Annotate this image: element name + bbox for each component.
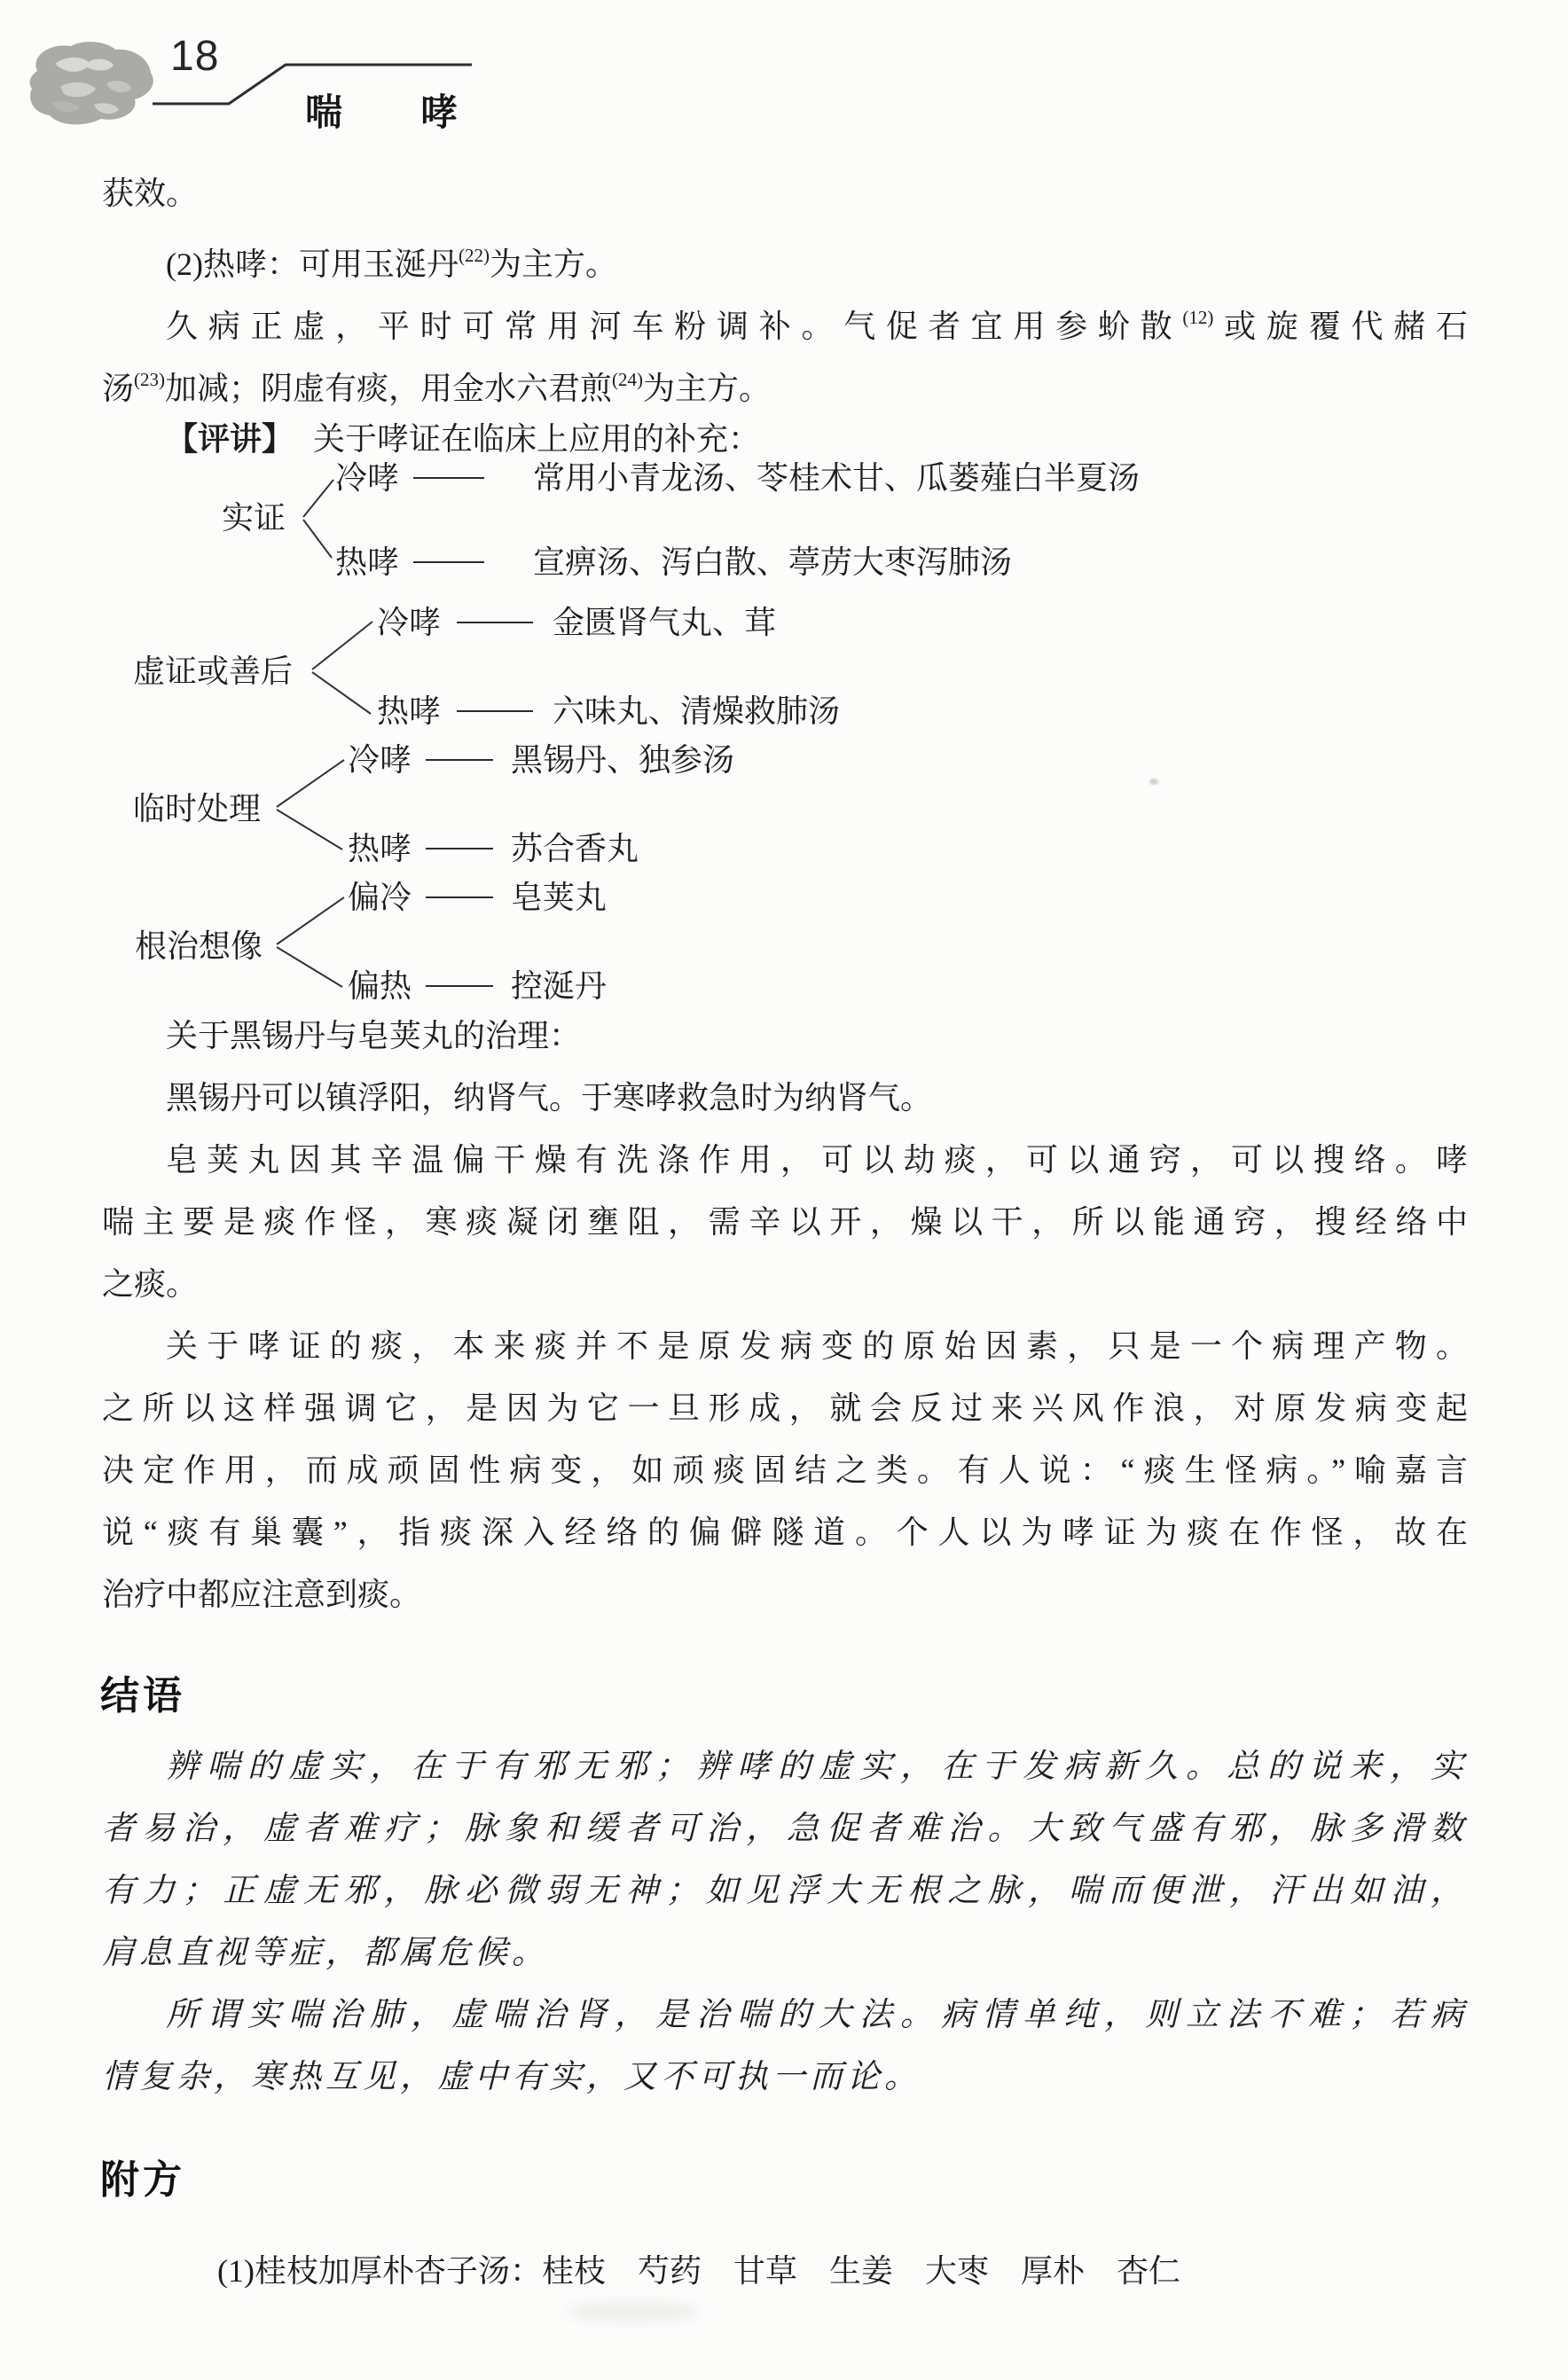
text-segment: 为主方。	[643, 371, 771, 406]
text-segment: (2)热哮：可用玉涎丹	[166, 247, 459, 282]
text-segment: 汤	[102, 371, 134, 406]
tree-branch-value: 控涎丹	[511, 968, 607, 1004]
paragraph-line: 肩息直视等症，都属危候。	[102, 1935, 1468, 1972]
paragraph-line: 之痰。	[102, 1265, 1468, 1303]
tree-branch-key: 冷哮	[335, 460, 399, 496]
tree-group-label: 虚证或善后	[133, 654, 293, 689]
tree-branch-row: 热哮 六味丸、清燥救肺汤	[377, 693, 840, 729]
tree-branch-key: 热哮	[335, 544, 399, 580]
tree-dash	[413, 561, 484, 563]
tree-branch-row: 热哮 宣痹汤、泻白散、葶苈大枣泻肺汤	[335, 544, 1012, 580]
tree-group-label: 根治想像	[135, 928, 263, 964]
tree-dash	[426, 759, 493, 761]
tree-branch-value: 金匮肾气丸、茸	[553, 605, 776, 640]
classification-diagram: 实证 冷哮 常用小青龙汤、苓桂术甘、瓜蒌薤白半夏汤 热哮 宣痹汤、泻白散、葶苈大…	[0, 448, 1568, 1024]
tree-branch-value: 黑锡丹、独参汤	[511, 742, 734, 778]
tree-branch-value: 常用小青龙汤、苓桂术甘、瓜蒌薤白半夏汤	[533, 460, 1140, 496]
tree-branch-row: 偏热 控涎丹	[348, 968, 607, 1004]
tree-branch-key: 冷哮	[377, 605, 441, 640]
text-segment: 久病正虚，平时可常用河车粉调补。气促者宜用参蚧散	[166, 309, 1182, 344]
footnote-ref: (23)	[134, 369, 165, 390]
paragraph-line: 者易治，虚者难疗；脉象和缓者可治，急促者难治。大致气盛有邪，脉多滑数	[102, 1811, 1468, 1848]
scan-speck	[1149, 779, 1158, 785]
paragraph-line: 辨喘的虚实，在于有邪无邪；辨哮的虚实，在于发病新久。总的说来，实	[102, 1749, 1468, 1786]
book-page: 18 喘 哮 获效。 (2)热哮：可用玉涎丹(22)为主方。 久病正虚，平时可常…	[0, 0, 1568, 2380]
tree-group-label: 临时处理	[133, 791, 261, 826]
paragraph-line: 有力；正虚无邪，脉必微弱无神；如见浮大无根之脉，喘而便泄，汗出如油，	[102, 1873, 1468, 1910]
tree-branch-value: 苏合香丸	[511, 831, 639, 866]
tree-branch-row: 冷哮 黑锡丹、独参汤	[348, 742, 734, 778]
tree-branch-key: 冷哮	[348, 742, 412, 778]
paragraph-line: 汤(23)加减；阴虚有痰，用金水六君煎(24)为主方。	[102, 361, 1468, 407]
tree-branch-key: 偏冷	[348, 880, 412, 915]
paragraph-line: 治疗中都应注意到痰。	[102, 1576, 1468, 1613]
tree-dash	[426, 985, 493, 987]
text-segment: 为主方。	[490, 247, 617, 282]
footnote-ref: (24)	[612, 369, 643, 390]
tree-connector-lines	[0, 448, 621, 1024]
paragraph-line: (2)热哮：可用玉涎丹(22)为主方。	[102, 237, 1468, 283]
tree-dash	[457, 622, 533, 623]
tree-branch-key: 热哮	[348, 831, 412, 866]
paragraph-line: 关于哮证的痰，本来痰并不是原发病变的原始因素，只是一个病理产物。	[102, 1327, 1468, 1365]
tree-dash	[426, 848, 493, 849]
chapter-title-char: 哮	[420, 83, 458, 137]
tree-branch-value: 皂荚丸	[511, 880, 607, 915]
section-heading-appendix: 附方	[100, 2148, 185, 2204]
tree-branch-key: 热哮	[377, 693, 441, 729]
footnote-ref: (12)	[1182, 307, 1213, 328]
tree-branch-row: 偏冷 皂荚丸	[348, 880, 607, 915]
paragraph-line: 所谓实喘治肺，虚喘治肾，是治喘的大法。病情单纯，则立法不难；若病	[102, 1997, 1468, 2034]
tree-branch-row: 冷哮 常用小青龙汤、苓桂术甘、瓜蒌薤白半夏汤	[335, 460, 1140, 496]
paragraph-line: 黑锡丹可以镇浮阳，纳肾气。于寒哮救急时为纳肾气。	[102, 1079, 1468, 1116]
paragraph-line: 获效。	[102, 175, 1468, 212]
paragraph-line: 喘主要是痰作怪，寒痰凝闭壅阻，需辛以开，燥以干，所以能通窍，搜经络中	[102, 1203, 1468, 1241]
text-segment: 或旋覆代赭石	[1213, 309, 1468, 344]
scan-smudge	[568, 2302, 701, 2321]
paragraph-line: 决定作用，而成顽固性病变，如顽痰固结之类。有人说：“痰生怪病。”喻嘉言	[102, 1452, 1468, 1489]
paragraph-line: 久病正虚，平时可常用河车粉调补。气促者宜用参蚧散(12)或旋覆代赭石	[102, 299, 1468, 345]
tree-branch-row: 冷哮 金匮肾气丸、茸	[377, 605, 776, 640]
section-heading-conclusion: 结语	[100, 1664, 185, 1720]
paragraph-line: (1)桂枝加厚朴杏子汤：桂枝 芍药 甘草 生姜 大枣 厚朴 杏仁	[102, 2252, 1468, 2290]
chapter-title-char: 喘	[305, 83, 342, 137]
tree-dash	[413, 477, 484, 479]
tree-branch-row: 热哮 苏合香丸	[348, 831, 639, 866]
tree-branch-value: 六味丸、清燥救肺汤	[553, 693, 840, 729]
tree-branch-value: 宣痹汤、泻白散、葶苈大枣泻肺汤	[533, 544, 1012, 580]
tree-group-label: 实证	[222, 500, 286, 536]
tree-dash	[457, 710, 533, 712]
paragraph-line: 说“痰有巢囊”，指痰深入经络的偏僻隧道。个人以为哮证为痰在作怪，故在	[102, 1514, 1468, 1551]
paragraph-line: 情复杂，寒热互见，虚中有实，又不可执一而论。	[102, 2059, 1468, 2096]
text-segment: 加减；阴虚有痰，用金水六君煎	[165, 371, 612, 406]
paragraph-line: 之所以这样强调它，是因为它一旦形成，就会反过来兴风作浪，对原发病变起	[102, 1390, 1468, 1427]
tree-dash	[426, 896, 493, 898]
paragraph-line: 皂荚丸因其辛温偏干燥有洗涤作用，可以劫痰，可以通窍，可以搜络。哮	[102, 1141, 1468, 1178]
footnote-ref: (22)	[459, 245, 490, 266]
paragraph-line: 关于黑锡丹与皂荚丸的治理：	[102, 1017, 1468, 1054]
tree-branch-key: 偏热	[348, 968, 412, 1004]
